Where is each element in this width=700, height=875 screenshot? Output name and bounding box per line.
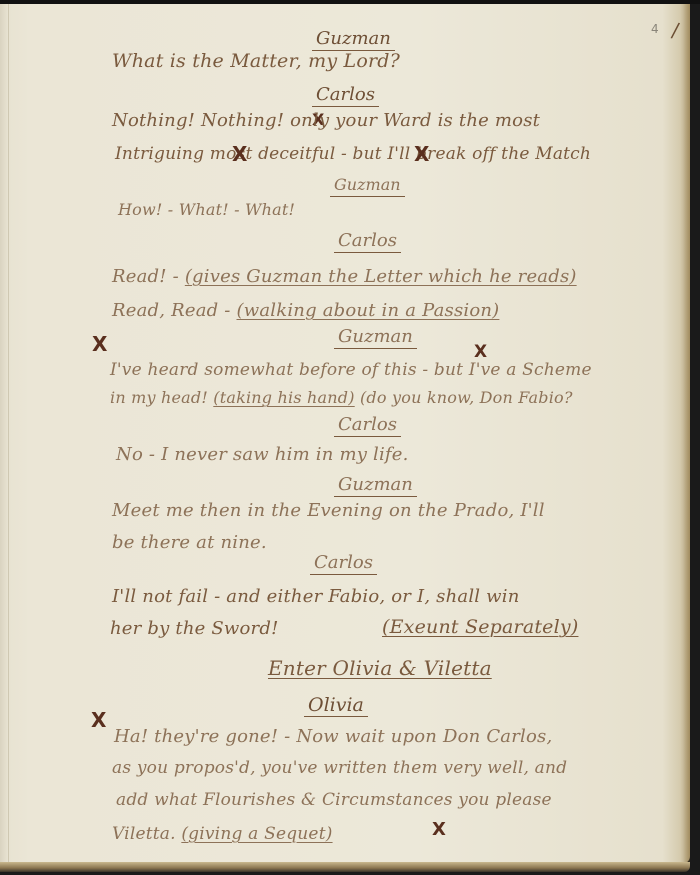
stage-direction: (giving a Sequet): [181, 824, 332, 844]
dialogue-line: as you propos'd, you've written them ver…: [112, 758, 567, 778]
dialogue-line: Nothing! Nothing! only your Ward is the …: [112, 110, 540, 131]
x-mark: X: [232, 144, 247, 164]
dialogue-line: I've heard somewhat before of this - but…: [110, 360, 592, 380]
speaker-name-carlos: Carlos: [312, 84, 379, 107]
speaker-name-carlos: Carlos: [334, 230, 401, 253]
x-mark: X: [474, 342, 487, 362]
dialogue-line: Meet me then in the Evening on the Prado…: [112, 500, 545, 521]
dialogue-line: No - I never saw him in my life.: [116, 444, 409, 465]
binding-gutter: [8, 4, 9, 864]
dialogue-line: How! - What! - What!: [118, 200, 295, 219]
dialogue-text: her by the Sword!: [110, 618, 279, 639]
page-number: 4: [651, 22, 659, 36]
dialogue-line: What is the Matter, my Lord?: [112, 50, 400, 72]
manuscript-page: 4 / Guzman What is the Matter, my Lord? …: [0, 4, 690, 864]
speaker-name-guzman: Guzman: [334, 474, 417, 497]
x-mark: X: [414, 144, 429, 164]
dialogue-text: (do you know, Don Fabio?: [355, 388, 573, 407]
stage-direction-enter: Enter Olivia & Viletta: [268, 656, 492, 680]
speaker-name-carlos: Carlos: [334, 414, 401, 437]
x-mark: X: [92, 334, 107, 354]
dialogue-line: Intriguing most deceitful - but I'll bre…: [115, 144, 591, 164]
dialogue-text: in my head!: [110, 388, 213, 407]
dialogue-line: in my head! (taking his hand) (do you kn…: [110, 388, 573, 407]
dialogue-line: her by the Sword!: [110, 618, 279, 639]
stage-direction: (walking about in a Passion): [237, 300, 500, 321]
page-edge-shadow: [680, 4, 690, 864]
dialogue-text: Viletta.: [112, 824, 181, 844]
speaker-name-guzman: Guzman: [312, 28, 395, 51]
dialogue-line: be there at nine.: [112, 532, 267, 553]
speaker-name-carlos: Carlos: [310, 552, 377, 575]
speaker-name-olivia: Olivia: [304, 694, 368, 717]
dialogue-text: Read! -: [112, 266, 185, 287]
dialogue-text: Read, Read -: [112, 300, 237, 321]
x-mark: X: [91, 710, 106, 730]
dialogue-line: Viletta. (giving a Sequet): [112, 824, 333, 844]
x-mark: X: [432, 820, 446, 840]
dialogue-line: Read, Read - (walking about in a Passion…: [112, 300, 499, 321]
stage-direction: (taking his hand): [213, 388, 354, 407]
dialogue-line: add what Flourishes & Circumstances you …: [116, 790, 552, 810]
speaker-name-guzman: Guzman: [330, 174, 405, 197]
stage-direction-exeunt: (Exeunt Separately): [382, 616, 578, 638]
stage-direction: (gives Guzman the Letter which he reads): [185, 266, 577, 287]
speaker-name-guzman: Guzman: [334, 326, 417, 349]
dialogue-line: Read! - (gives Guzman the Letter which h…: [112, 266, 577, 287]
dialogue-line: I'll not fail - and either Fabio, or I, …: [112, 586, 520, 607]
dialogue-line: Ha! they're gone! - Now wait upon Don Ca…: [114, 726, 552, 747]
